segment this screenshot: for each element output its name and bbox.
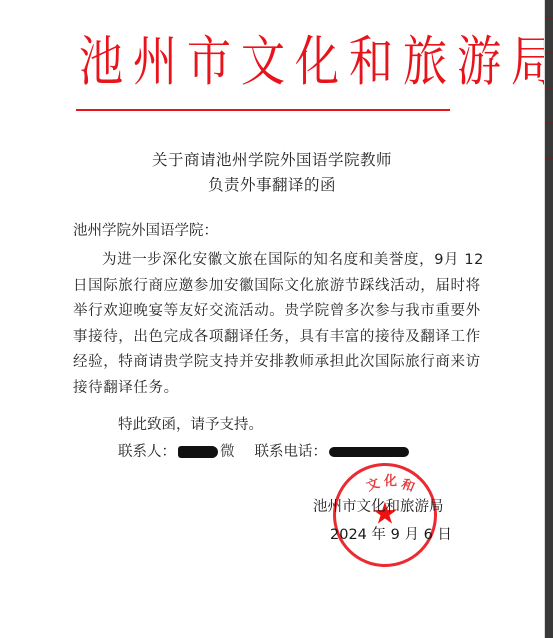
signature-date: 2024 年 9 月 6 日 xyxy=(330,523,452,544)
page-tick xyxy=(545,122,553,124)
page-tick xyxy=(545,52,553,54)
letterhead-char: 池 xyxy=(79,24,123,100)
document-title-line-1: 关于商请池州学院外国语学院教师 xyxy=(0,148,544,170)
letterhead-divider xyxy=(76,109,450,111)
letterhead-char: 旅 xyxy=(403,24,447,100)
contact-phone-label: 联系电话： xyxy=(255,444,328,460)
letterhead-char: 游 xyxy=(457,24,501,100)
viewer-side-scrollbar[interactable] xyxy=(544,0,553,638)
body-line: 事接待，出色完成各项翻译任务，具有丰富的接待及翻译工作 xyxy=(73,325,481,346)
page-tick xyxy=(545,87,553,89)
page-tick xyxy=(545,17,553,19)
contact-person-label: 联系人： xyxy=(118,444,176,460)
redacted-name-block xyxy=(178,446,218,458)
salutation: 池州学院外国语学院： xyxy=(73,219,218,240)
document-title-line-2: 负责外事翻译的函 xyxy=(0,173,544,195)
letterhead-char: 化 xyxy=(295,24,339,100)
seal-char: 化 xyxy=(384,470,397,489)
letterhead-char: 和 xyxy=(349,24,393,100)
letterhead-title: 池 州 市 文 化 和 旅 游 局 xyxy=(74,24,434,100)
body-line: 举行欢迎晚宴等友好交流活动。贵学院曾多次参与我市重要外 xyxy=(73,299,481,320)
body-line: 经验，特商请贵学院支持并安排教师承担此次国际旅行商来访 xyxy=(73,350,481,371)
page-tick xyxy=(545,157,553,159)
contact-line: 联系人：微联系电话： xyxy=(118,440,409,461)
seal-char: 文 xyxy=(363,472,382,494)
contact-person-name-tail: 微 xyxy=(220,444,235,460)
letterhead-char: 市 xyxy=(187,24,231,100)
closing-line: 特此致函，请予支持。 xyxy=(118,413,263,434)
letterhead-char: 文 xyxy=(241,24,285,100)
body-line: 为进一步深化安徽文旅在国际的知名度和美誉度，9月 12 xyxy=(102,248,484,269)
body-line: 接待翻译任务。 xyxy=(73,376,179,397)
seal-char: 和 xyxy=(399,473,418,495)
redacted-phone-block xyxy=(329,447,409,457)
signature-organization: 池州市文化和旅游局 xyxy=(313,495,444,516)
letterhead-char: 州 xyxy=(133,24,177,100)
document-page: 池 州 市 文 化 和 旅 游 局 关于商请池州学院外国语学院教师 负责外事翻译… xyxy=(0,0,544,638)
body-line: 日国际旅行商应邀参加安徽国际文化旅游节踩线活动，届时将 xyxy=(73,274,481,295)
